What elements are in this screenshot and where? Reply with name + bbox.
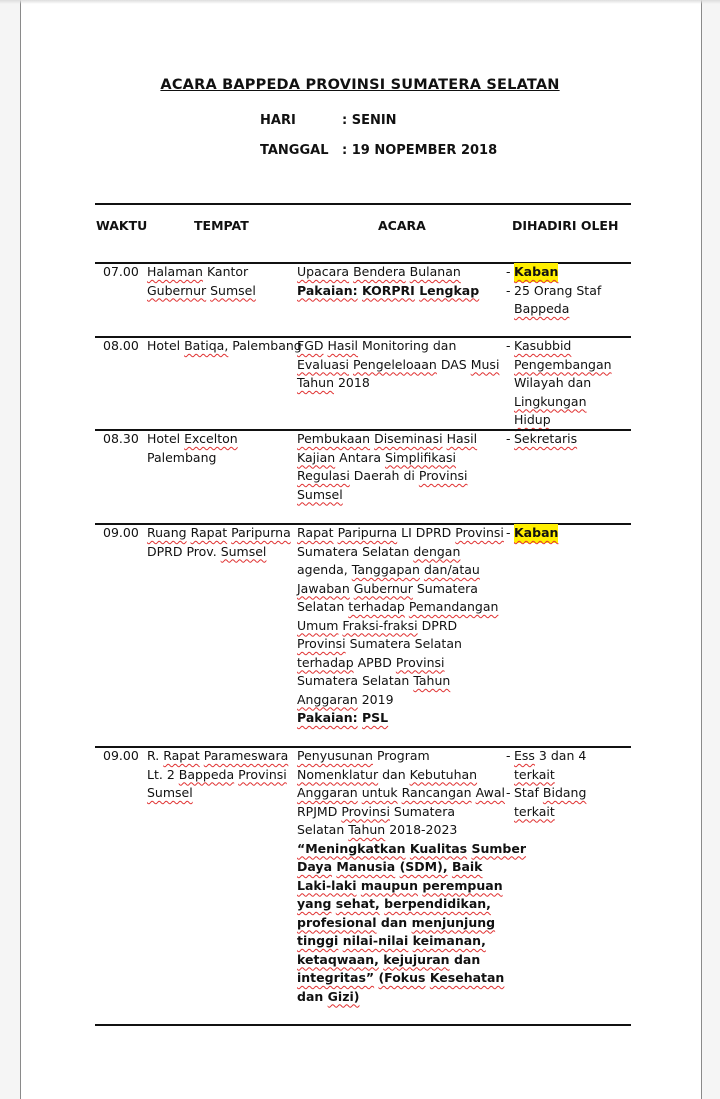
hari-value: : SENIN: [342, 113, 397, 128]
hari-label: HARI: [260, 113, 342, 128]
header-acara: ACARA: [378, 218, 426, 233]
attendee-item: -Kaban: [506, 263, 626, 282]
cell-dihadiri: -Sekretaris: [506, 430, 626, 449]
cell-waktu: 09.00: [103, 524, 139, 543]
cell-tempat: R. Rapat ParameswaraLt. 2 Bappeda Provin…: [147, 747, 297, 803]
document-title: ACARA BAPPEDA PROVINSI SUMATERA SELATAN: [0, 77, 720, 93]
attendee-item: -Staf Bidang terkait: [506, 784, 626, 821]
cell-waktu: 07.00: [103, 263, 139, 282]
header-dihadiri: DIHADIRI OLEH: [512, 218, 618, 233]
attendee-item: -Kasubbid Pengembangan Wilayah dan Lingk…: [506, 337, 626, 430]
pakaian-label: Pakaian: PSL: [297, 709, 507, 728]
cell-dihadiri: -Kaban-25 Orang Staf Bappeda: [506, 263, 626, 319]
table-bottom-rule: [95, 1024, 631, 1026]
cell-acara: Pembukaan Diseminasi HasilKajian Antara …: [297, 430, 507, 504]
table-top-rule: [95, 203, 631, 205]
attendee-item: -Ess 3 dan 4 terkait: [506, 747, 626, 784]
pakaian-label: Pakaian: KORPRI Lengkap: [297, 282, 507, 301]
attendee-item: -Kaban: [506, 524, 626, 543]
cell-dihadiri: -Ess 3 dan 4 terkait-Staf Bidang terkait: [506, 747, 626, 821]
header-tempat: TEMPAT: [194, 218, 249, 233]
attendee-item: -25 Orang Staf Bappeda: [506, 282, 626, 319]
cell-dihadiri: -Kasubbid Pengembangan Wilayah dan Lingk…: [506, 337, 626, 430]
cell-tempat: Ruang Rapat ParipurnaDPRD Prov. Sumsel: [147, 524, 297, 561]
tanggal-value: : 19 NOPEMBER 2018: [342, 143, 497, 158]
attendee-item: -Sekretaris: [506, 430, 626, 449]
header-waktu: WAKTU: [96, 218, 147, 233]
hari-line: HARI: SENIN: [260, 113, 397, 128]
cell-acara: FGD Hasil Monitoring danEvaluasi Pengele…: [297, 337, 507, 393]
cell-acara: Upacara Bendera BulananPakaian: KORPRI L…: [297, 263, 507, 300]
tanggal-line: TANGGAL: 19 NOPEMBER 2018: [260, 143, 497, 158]
cell-tempat: Hotel Batiqa, Palembang: [147, 337, 297, 356]
tanggal-label: TANGGAL: [260, 143, 342, 158]
cell-acara: Rapat Paripurna LI DPRD ProvinsiSumatera…: [297, 524, 507, 728]
top-shadow: [0, 0, 720, 4]
cell-waktu: 08.30: [103, 430, 139, 449]
cell-waktu: 08.00: [103, 337, 139, 356]
cell-tempat: Hotel ExceltonPalembang: [147, 430, 297, 467]
cell-tempat: Halaman KantorGubernur Sumsel: [147, 263, 297, 300]
cell-dihadiri: -Kaban: [506, 524, 626, 543]
cell-acara: Penyusunan ProgramNomenklatur dan Kebutu…: [297, 747, 507, 1006]
cell-waktu: 09.00: [103, 747, 139, 766]
